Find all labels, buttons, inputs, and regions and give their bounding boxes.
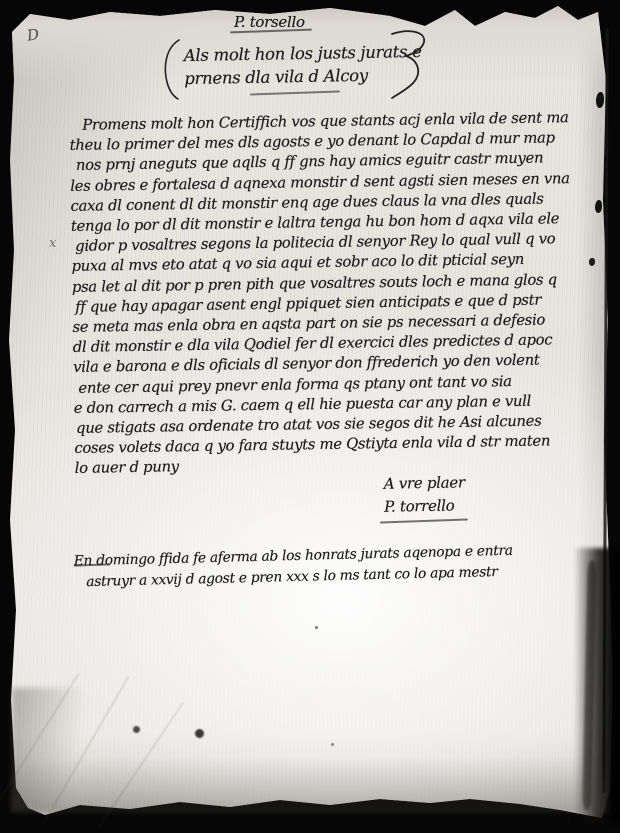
valediction: A vre plaer [384, 471, 465, 495]
margin-cross-mark: x [49, 236, 56, 251]
bottom-left-corner-shading [12, 688, 92, 810]
address-block: Als molt hon los justs jurats e prnens d… [184, 40, 423, 90]
stain-speck [315, 626, 318, 629]
stain-speck [331, 743, 334, 746]
stain-spot [195, 729, 204, 738]
bottom-edge-shading [10, 758, 608, 813]
signature-block: A vre plaer P. torrello [384, 471, 466, 518]
address-line: Als molt hon los justs jurats e [184, 40, 422, 67]
stain-spot [133, 726, 140, 733]
folio-mark: D [26, 25, 40, 44]
address-line: prnens dla vila d Alcoy [184, 63, 422, 90]
left-brace-icon [160, 38, 182, 100]
signature-name: P. torrello [384, 494, 465, 518]
manuscript-photo: D x P. torsello Als molt hon los justs j… [0, 0, 620, 833]
letter-body: Promens molt hon Certiffich vos que stan… [69, 108, 574, 479]
right-brace-icon [390, 28, 430, 100]
